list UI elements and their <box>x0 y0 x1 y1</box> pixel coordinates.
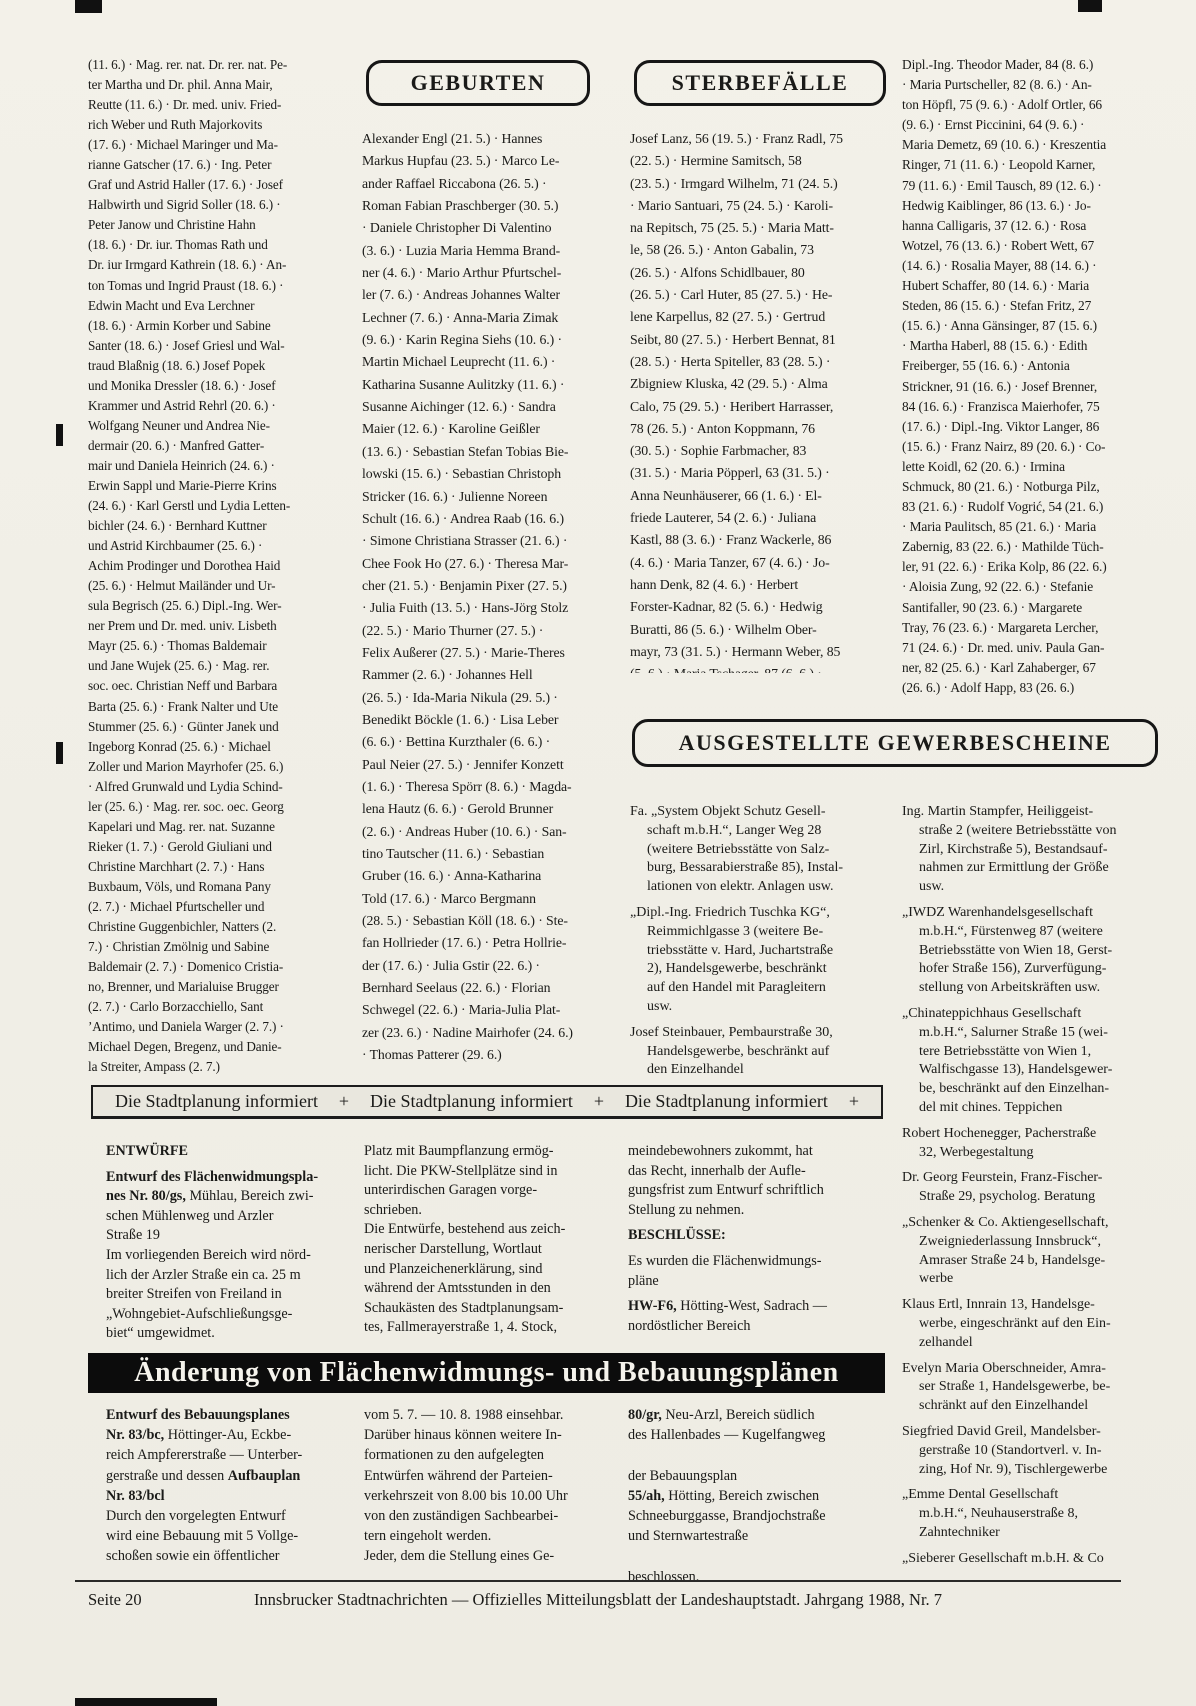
license-entry: Robert Hochenegger, Pacherstraße 32, Wer… <box>902 1125 1158 1163</box>
licenses-column-right: Ing. Martin Stampfer, Heiliggeist- straß… <box>902 803 1158 1575</box>
amendment-column-middle: vom 5. 7. — 10. 8. 1988 einsehbar. Darüb… <box>364 1405 606 1567</box>
amendment-banner-label: Änderung von Flächenwidmungs- und Bebauu… <box>134 1357 839 1389</box>
planning-banner-segment: Die Stadtplanung informiert <box>115 1091 318 1112</box>
amendment-left-paragraph: Entwurf des Bebauungsplanes Nr. 83/bc, H… <box>106 1405 348 1567</box>
license-entry: „Emme Dental Gesellschaft m.b.H.“, Neuha… <box>902 1486 1158 1542</box>
deaths-column-right: Dipl.-Ing. Theodor Mader, 84 (8. 6.) · M… <box>902 55 1156 703</box>
deaths-header-box: STERBEFÄLLE <box>634 60 886 106</box>
beschluesse-plan: HW-F6, Hötting-West, Sadrach — nordöstli… <box>628 1297 876 1336</box>
footer-title: Innsbrucker Stadtnachrichten — Offiziell… <box>75 1590 1121 1610</box>
newspaper-page: (11. 6.) · Mag. rer. nat. Dr. rer. nat. … <box>0 0 1196 1706</box>
births-header-box: GEBURTEN <box>366 60 590 106</box>
amendment-column-left: Entwurf des Bebauungsplanes Nr. 83/bc, H… <box>106 1405 348 1567</box>
entwuerfe-heading: ENTWÜRFE <box>106 1142 344 1162</box>
planning-banner: Die Stadtplanung informiert + Die Stadtp… <box>91 1085 883 1119</box>
births-column: Alexander Engl (21. 5.) · Hannes Markus … <box>362 128 616 1073</box>
licenses-header-box: AUSGESTELLTE GEWERBESCHEINE <box>632 719 1158 767</box>
planning-banner-segment: Die Stadtplanung informiert <box>625 1091 828 1112</box>
license-entry: „Schenker & Co. Aktiengesellschaft, Zwei… <box>902 1214 1158 1289</box>
plus-separator: + <box>849 1091 859 1112</box>
amendment-banner: Änderung von Flächenwidmungs- und Bebauu… <box>88 1353 885 1393</box>
license-entry: Fa. „System Objekt Schutz Gesell- schaft… <box>630 803 890 897</box>
entwurf-plan-text: Mühlau, Bereich zwi- schen Mühlenweg und… <box>106 1188 314 1341</box>
planning-column-right: meindebewohners zukommt, hat das Recht, … <box>628 1142 876 1336</box>
license-entry: „Sieberer Gesellschaft m.b.H. & Co <box>902 1550 1158 1569</box>
licenses-header-label: AUSGESTELLTE GEWERBESCHEINE <box>679 730 1112 756</box>
entwurf-paragraph: Entwurf des Flächenwidmungspla- nes Nr. … <box>106 1168 344 1344</box>
planning-banner-segment: Die Stadtplanung informiert <box>370 1091 573 1112</box>
license-entry: „IWDZ Warenhandelsgesellschaft m.b.H.“, … <box>902 904 1158 998</box>
births-header-label: GEBURTEN <box>411 70 546 96</box>
plus-separator: + <box>594 1091 604 1112</box>
marriages-column: (11. 6.) · Mag. rer. nat. Dr. rer. nat. … <box>88 55 342 1085</box>
amendment-column-right: 80/gr, Neu-Arzl, Bereich südlich des Hal… <box>628 1405 878 1587</box>
aufbauplan-text: Durch den vorgelegten Entwurf wird eine … <box>106 1508 298 1564</box>
plan-code: 55/ah, <box>628 1488 668 1504</box>
deaths-column-left: Josef Lanz, 56 (19. 5.) · Franz Radl, 75… <box>630 128 888 673</box>
license-entry: Evelyn Maria Oberschneider, Amra- ser St… <box>902 1360 1158 1416</box>
planning-right-text: meindebewohners zukommt, hat das Recht, … <box>628 1142 876 1220</box>
footer-rule <box>75 1580 1121 1582</box>
deaths-header-label: STERBEFÄLLE <box>672 70 849 96</box>
scan-mark-bottom-left <box>75 1698 217 1706</box>
licenses-column-left: Fa. „System Objekt Schutz Gesell- schaft… <box>630 803 890 1087</box>
beschluesse-heading: BESCHLÜSSE: <box>628 1226 876 1246</box>
license-entry: „Dipl.-Ing. Friedrich Tuschka KG“, Reimm… <box>630 904 890 1017</box>
license-entry: Siegfried David Greil, Mandelsber- gerst… <box>902 1423 1158 1479</box>
beschluesse-intro: Es wurden die Flächenwidmungs- pläne <box>628 1252 876 1291</box>
planning-middle-text: Platz mit Baumpflanzung ermög- licht. Di… <box>364 1142 606 1338</box>
plan-code: HW-F6, <box>628 1298 680 1314</box>
scan-mark-left-edge-2 <box>56 742 63 764</box>
plan-code: 80/gr, <box>628 1407 665 1423</box>
license-entry: „Chinateppichhaus Gesellschaft m.b.H.“, … <box>902 1005 1158 1118</box>
scan-mark-top-right <box>1078 0 1102 12</box>
planning-column-left: ENTWÜRFE Entwurf des Flächenwidmungspla-… <box>106 1142 344 1344</box>
plus-separator: + <box>339 1091 349 1112</box>
scan-mark-top-left <box>75 0 102 13</box>
amendment-middle-text: vom 5. 7. — 10. 8. 1988 einsehbar. Darüb… <box>364 1405 606 1567</box>
license-entry: Klaus Ertl, Innrain 13, Handelsge- werbe… <box>902 1296 1158 1352</box>
scan-mark-left-edge-1 <box>56 424 63 446</box>
amendment-right-paragraph: 80/gr, Neu-Arzl, Bereich südlich des Hal… <box>628 1405 878 1587</box>
license-entry: Dr. Georg Feurstein, Franz-Fischer- Stra… <box>902 1169 1158 1207</box>
license-entry: Josef Steinbauer, Pembaurstraße 30, Hand… <box>630 1024 890 1080</box>
license-entry: Ing. Martin Stampfer, Heiliggeist- straß… <box>902 803 1158 897</box>
planning-column-middle: Platz mit Baumpflanzung ermög- licht. Di… <box>364 1142 606 1338</box>
